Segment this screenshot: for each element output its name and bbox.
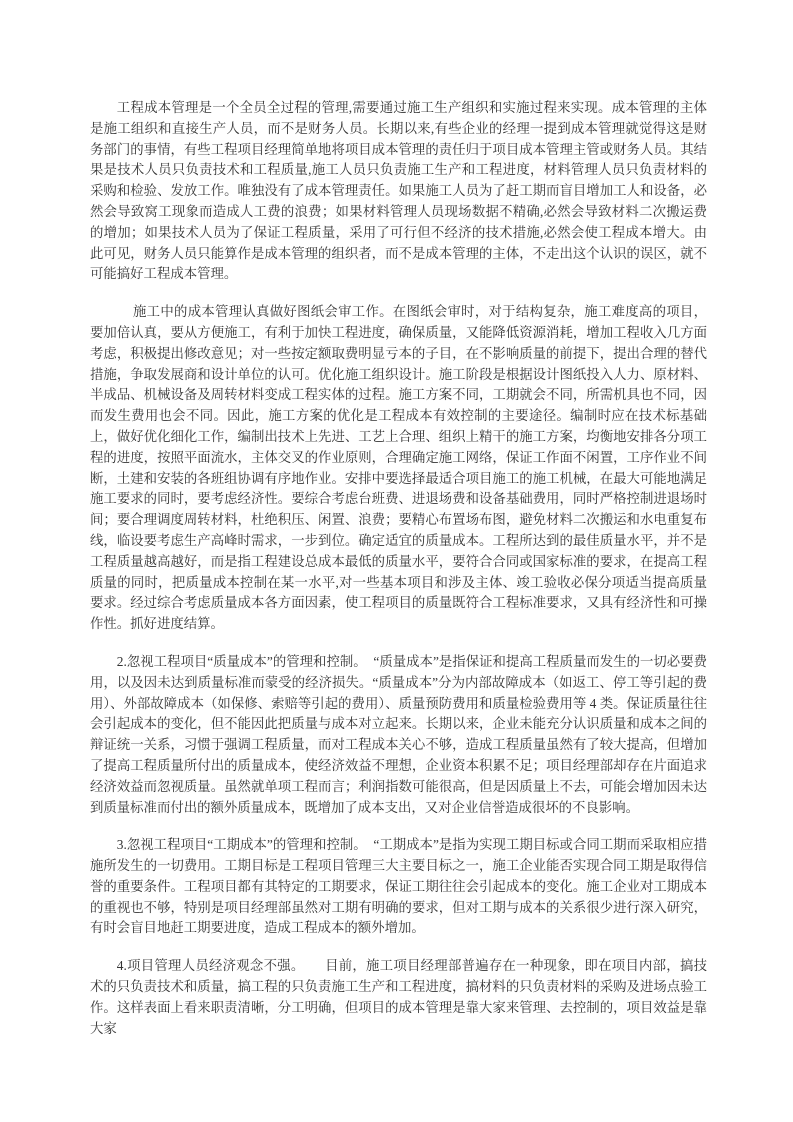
- document-page: 工程成本管理是一个全员全过程的管理,需要通过施工生产组织和实施过程来实现。成本管…: [0, 0, 793, 1122]
- paragraph-item-4-economic-awareness: 4.项目管理人员经济观念不强。 目前，施工项目经理部普遍存在一种现象，即在项目内…: [90, 956, 707, 1039]
- paragraph-item-2-quality-cost: 2.忽视工程项目“质量成本”的管理和控制。 “质量成本”是指保证和提高工程质量而…: [90, 652, 707, 818]
- paragraph-item-3-schedule-cost: 3.忽视工程项目“工期成本”的管理和控制。 “工期成本”是指为实现工期目标或合同…: [90, 835, 707, 939]
- paragraph-construction-cost-management: 施工中的成本管理认真做好图纸会审工作。在图纸会审时，对于结构复杂，施工难度高的项…: [90, 302, 707, 635]
- paragraph-cost-management-overview: 工程成本管理是一个全员全过程的管理,需要通过施工生产组织和实施过程来实现。成本管…: [90, 98, 707, 285]
